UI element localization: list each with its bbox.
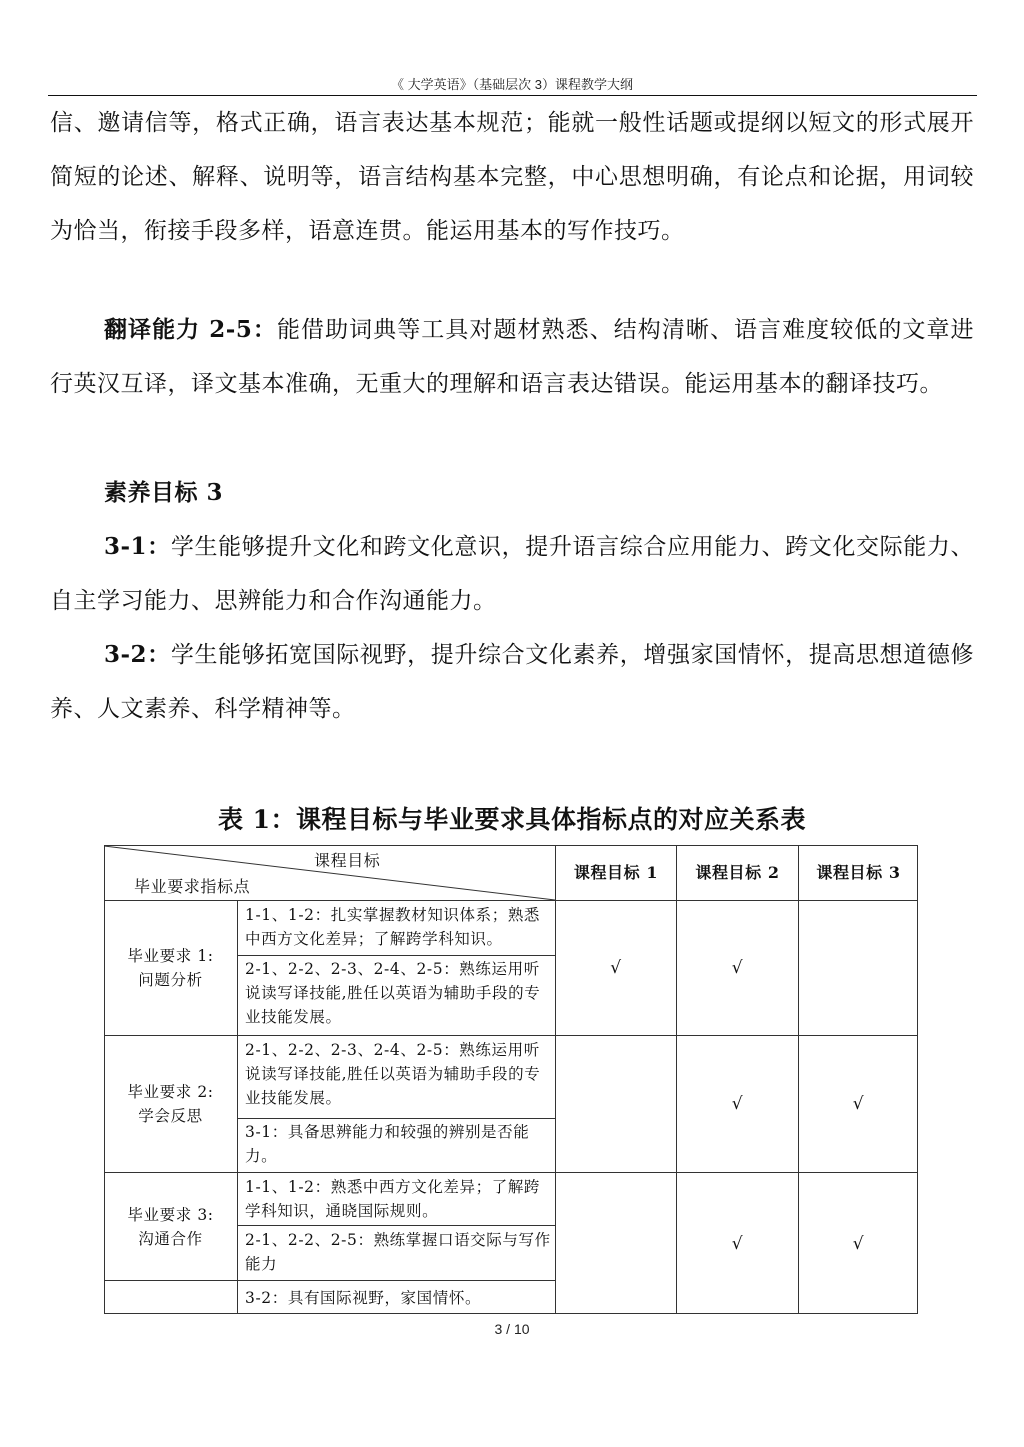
paragraph-bold-prefix: 翻译能力 2-5：	[104, 316, 277, 343]
column-header-goal-3: 课程目标 3	[799, 845, 918, 900]
indicator-divider	[237, 1118, 555, 1119]
indicator-3-1: 1-1、1-2：熟悉中西方文化差异；了解跨学科知识，通晓国际规则。	[245, 1175, 551, 1223]
corner-label-requirement: 毕业要求指标点	[134, 875, 250, 899]
column-header-goal-1: 课程目标 1	[556, 845, 676, 900]
page-number: 3 / 10	[0, 1321, 1024, 1337]
check-mark	[556, 1036, 676, 1172]
column-header-goal-2: 课程目标 2	[677, 845, 798, 900]
paragraph-text: 信、邀请信等，格式正确，语言表达基本规范；能就一般性话题或提纲以短文的形式展开简…	[50, 110, 974, 244]
requirement-2: 毕业要求 2: 学会反思	[104, 1036, 237, 1172]
check-mark: √	[677, 901, 798, 1035]
indicator-divider	[237, 955, 555, 956]
paragraph-text: 学生能够提升文化和跨文化意识，提升语言综合应用能力、跨文化交际能力、自主学习能力…	[50, 534, 974, 614]
paragraph-translation-ability: 翻译能力 2-5：能借助词典等工具对题材熟悉、结构清晰、语言难度较低的文章进行英…	[50, 303, 974, 411]
page-header-title: 《 大学英语》（基础层次 3）课程教学大纲	[0, 74, 1024, 93]
col-divider	[237, 900, 238, 1314]
paragraph-writing-continued: 信、邀请信等，格式正确，语言表达基本规范；能就一般性话题或提纲以短文的形式展开简…	[50, 96, 974, 258]
check-mark: √	[677, 1173, 798, 1314]
check-mark	[799, 901, 918, 1035]
check-mark	[556, 1173, 676, 1314]
indicator-2-1: 2-1、2-2、2-3、2-4、2-5：熟练运用听说读写译技能,胜任以英语为辅助…	[245, 1038, 551, 1110]
corner-label-course-goal: 课程目标	[314, 849, 380, 873]
paragraph-bold-prefix: 3-2：	[104, 641, 171, 668]
check-mark: √	[677, 1036, 798, 1172]
indicator-1-1: 1-1、1-2：扎实掌握教材知识体系；熟悉中西方文化差异；了解跨学科知识。	[245, 903, 551, 951]
requirement-3: 毕业要求 3: 沟通合作	[104, 1173, 237, 1280]
indicator-1-2: 2-1、2-2、2-3、2-4、2-5：熟练运用听说读写译技能,胜任以英语为辅助…	[245, 957, 551, 1029]
heading-literacy-goal-3: 素养目标 3	[50, 466, 974, 520]
check-mark: √	[799, 1036, 918, 1172]
check-mark: √	[799, 1173, 918, 1314]
indicator-divider	[237, 1225, 555, 1226]
paragraph-bold-prefix: 3-1：	[104, 533, 171, 560]
indicator-3-3: 3-2：具有国际视野，家国情怀。	[245, 1286, 551, 1310]
indicator-divider	[104, 1280, 555, 1281]
section-heading: 素养目标 3	[104, 479, 223, 506]
indicator-3-2: 2-1、2-2、2-5：熟练掌握口语交际与写作能力	[245, 1228, 551, 1276]
indicator-2-2: 3-1：具备思辨能力和较强的辨别是否能力。	[245, 1120, 551, 1168]
requirement-1: 毕业要求 1: 问题分析	[104, 901, 237, 1035]
paragraph-goal-3-1: 3-1：学生能够提升文化和跨文化意识，提升语言综合应用能力、跨文化交际能力、自主…	[50, 520, 974, 628]
mapping-table: 课程目标 毕业要求指标点 课程目标 1 课程目标 2 课程目标 3 毕业要求 1…	[104, 845, 918, 1314]
paragraph-text: 学生能够拓宽国际视野，提升综合文化素养，增强家国情怀，提高思想道德修养、人文素养…	[50, 642, 974, 722]
table-caption: 表 1：课程目标与毕业要求具体指标点的对应关系表	[0, 800, 1024, 836]
check-mark: √	[556, 901, 676, 1035]
paragraph-goal-3-2: 3-2：学生能够拓宽国际视野，提升综合文化素养，增强家国情怀，提高思想道德修养、…	[50, 628, 974, 736]
